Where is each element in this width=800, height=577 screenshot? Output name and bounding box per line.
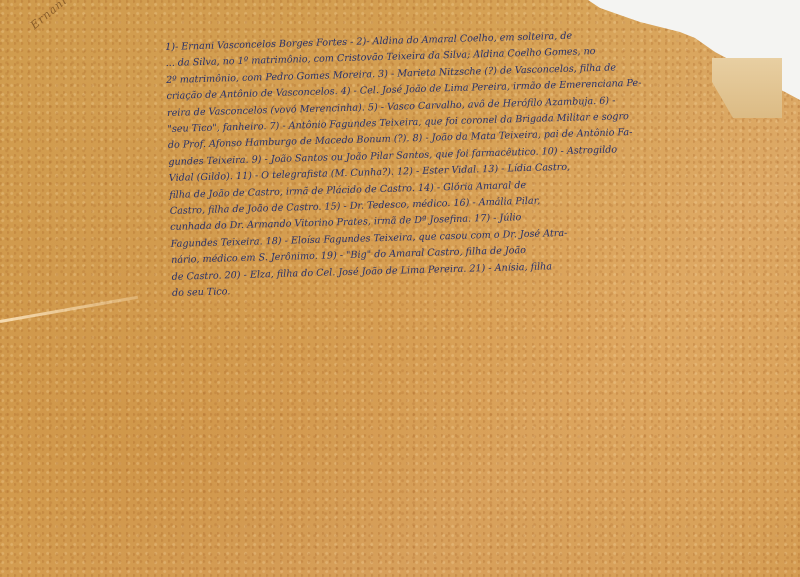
handwritten-text-block: 1)- Ernani Vasconcelos Borges Fortes - 2… xyxy=(165,23,797,303)
